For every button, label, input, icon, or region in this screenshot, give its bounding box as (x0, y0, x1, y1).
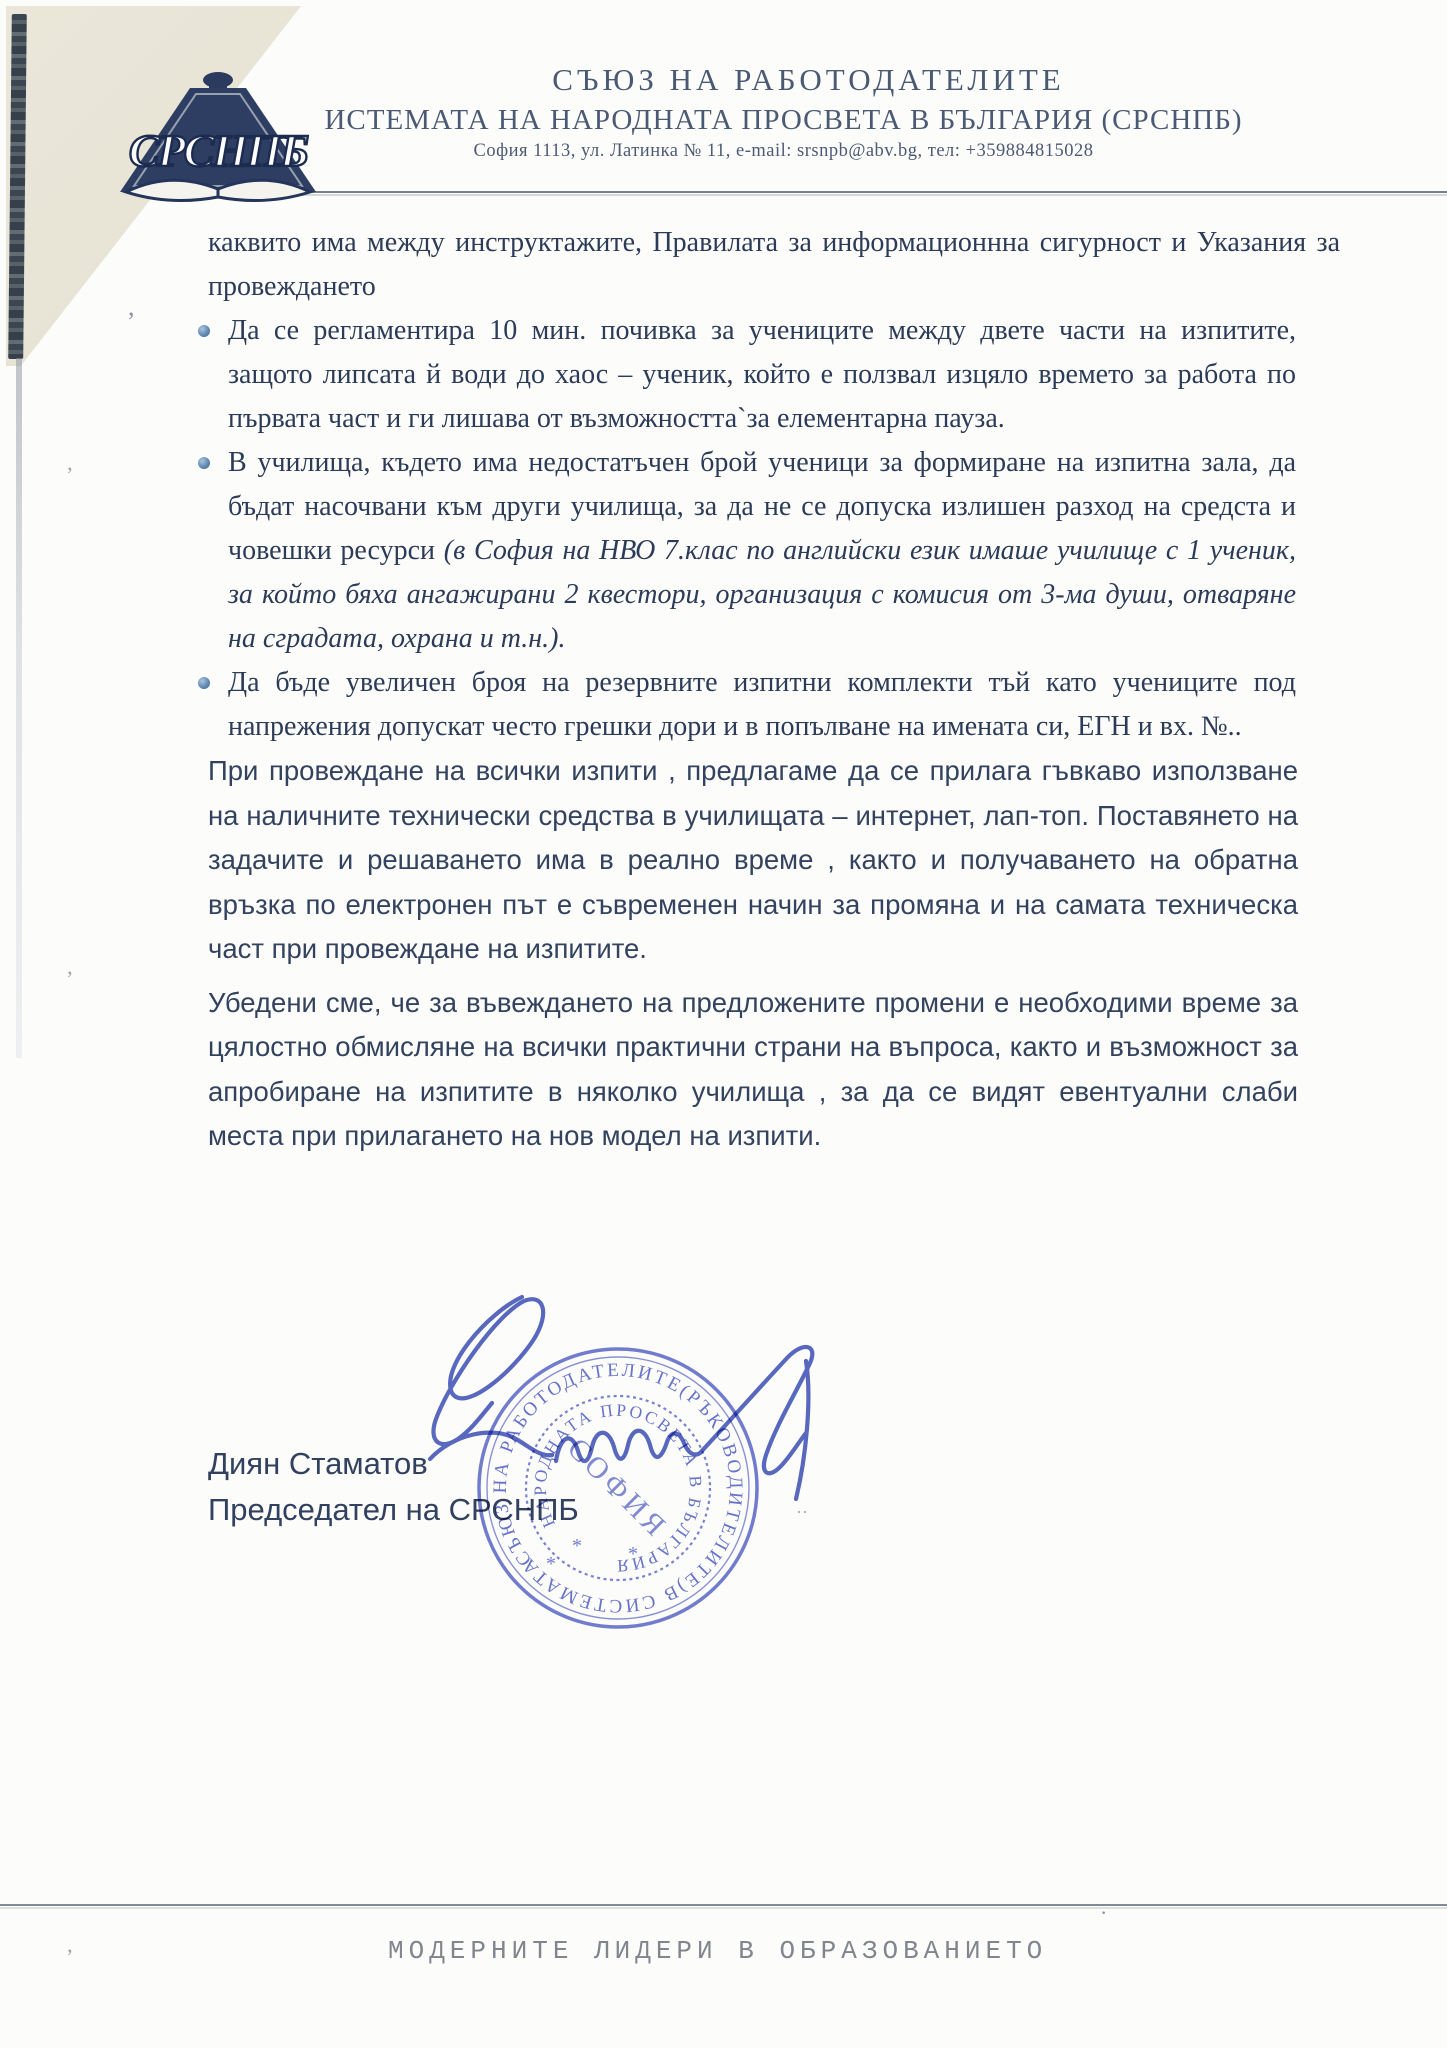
intro-paragraph: каквито има между инструктажите, Правила… (208, 221, 1340, 309)
scan-speck-artifact: ’ (66, 1944, 73, 1970)
letter-body: каквито има между инструктажите, Правила… (208, 221, 1340, 1159)
bullet-text: Да бъде увеличен броя на резервните изпи… (228, 667, 1296, 742)
bullet-icon (198, 325, 210, 337)
org-name-line1: СЪЮЗ НА РАБОТОДАТЕЛИТЕ (170, 62, 1447, 98)
list-item: Да бъде увеличен броя на резервните изпи… (228, 661, 1296, 749)
bullet-icon (198, 457, 210, 469)
logo-acronym-text: СРСНПБ (129, 125, 308, 176)
paragraph-technical-proposal: При провеждане на всички изпити , предла… (208, 749, 1298, 972)
organization-logo-icon: СРСНПБ (110, 70, 330, 222)
scan-speck-artifact: ’ (66, 966, 73, 992)
scan-speck-artifact: , (128, 292, 135, 322)
scan-speck-artifact: ’ (66, 462, 73, 488)
footer-divider (0, 1904, 1447, 1906)
paragraph-conclusion: Убедени сме, че за въвеждането на предло… (208, 981, 1298, 1159)
bullet-icon (198, 677, 210, 689)
header-divider (150, 191, 1447, 193)
handwritten-signature (380, 1275, 900, 1565)
footer-slogan: МОДЕРНИТЕ ЛИДЕРИ В ОБРАЗОВАНИЕТО (388, 1936, 1047, 1966)
list-item: В училища, където има недостатъчен брой … (228, 441, 1296, 661)
proposal-list: Да се регламентира 10 мин. почивка за уч… (208, 309, 1340, 749)
scan-edge-stripe-tail-artifact (16, 358, 22, 1058)
list-item: Да се регламентира 10 мин. почивка за уч… (228, 309, 1296, 441)
scanned-letter-page: , ’ ’ ’ ·· · СРСНПБ СЪЮЗ НА РАБОТОДАТЕЛИ… (0, 0, 1447, 2048)
bullet-text: Да се регламентира 10 мин. почивка за уч… (228, 315, 1296, 434)
